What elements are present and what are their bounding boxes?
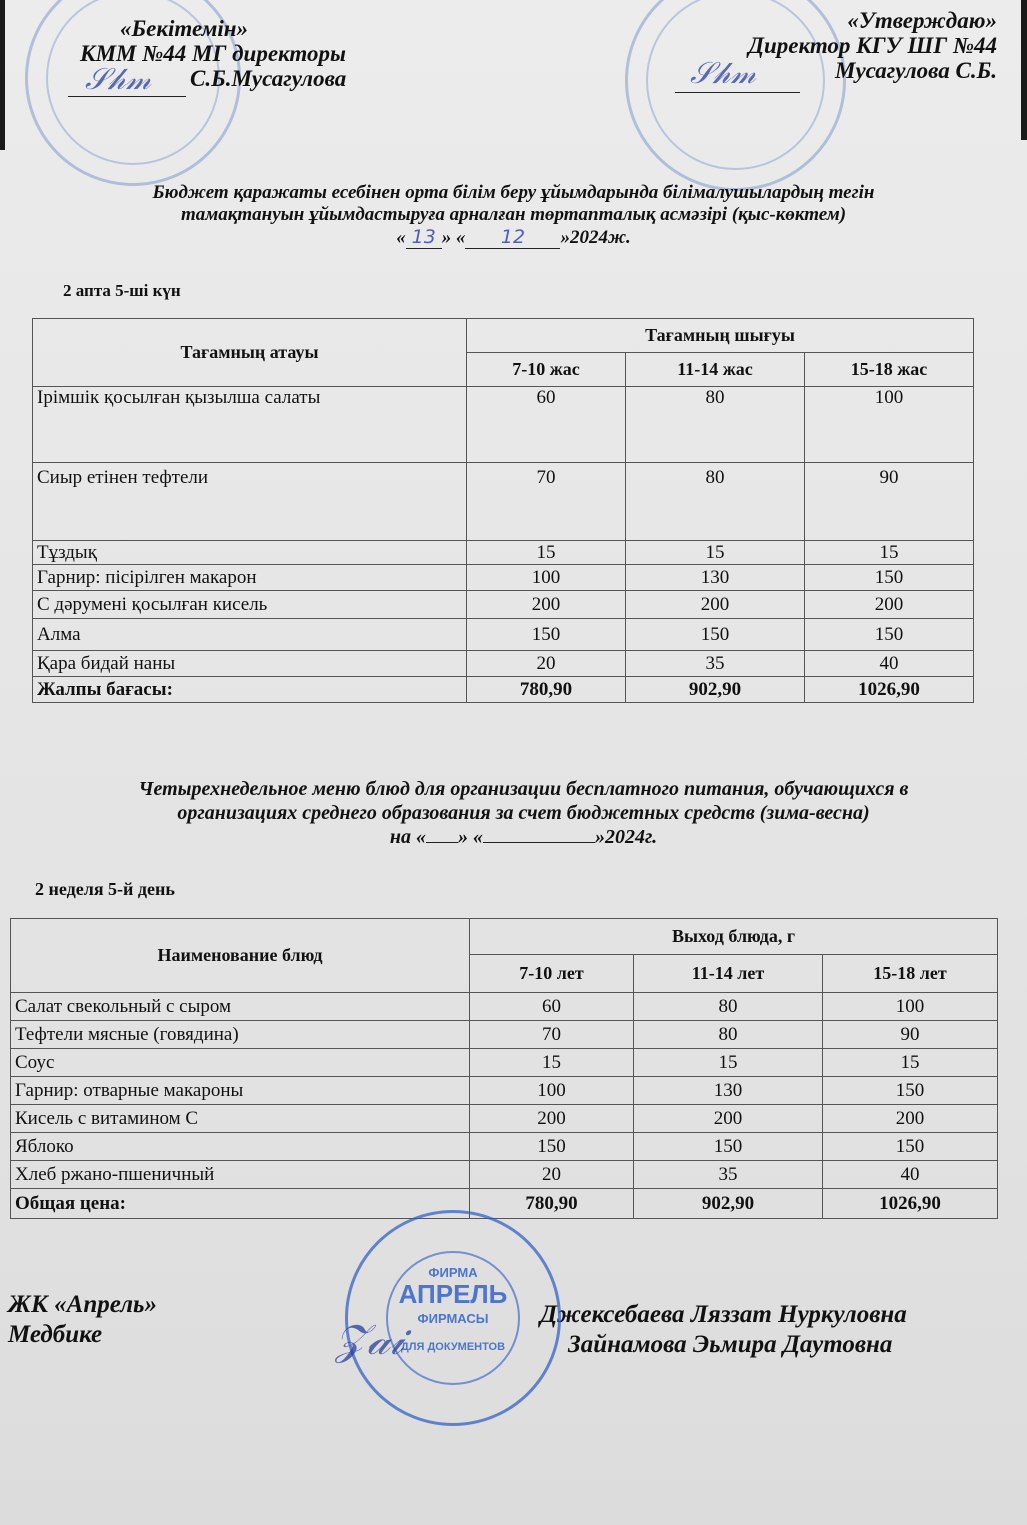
table-row: Соус 15 15 15 bbox=[11, 1049, 998, 1077]
footer-right-block: Джексебаева Ляззат Нуркуловна Зайнамова … bbox=[540, 1300, 907, 1360]
column-header-age: 15-18 жас bbox=[805, 353, 974, 387]
table-row: С дәрумені қосылған кисель 200 200 200 bbox=[33, 591, 974, 619]
yield-value: 80 bbox=[634, 993, 823, 1021]
yield-value: 15 bbox=[467, 541, 626, 565]
table-row: Салат свекольный с сыром 60 80 100 bbox=[11, 993, 998, 1021]
table-row: Қара бидай наны 20 35 40 bbox=[33, 651, 974, 677]
table-row: Гарнир: отварные макароны 100 130 150 bbox=[11, 1077, 998, 1105]
yield-value: 15 bbox=[626, 541, 805, 565]
title-line-2: тамақтануын ұйымдастыруға арналған төрта… bbox=[40, 204, 987, 226]
kazakh-menu-table: Тағамның атауы Тағамның шығуы 7-10 жас 1… bbox=[32, 318, 974, 703]
yield-value: 35 bbox=[626, 651, 805, 677]
kazakh-menu-title: Бюджет қаражаты есебінен орта білім беру… bbox=[40, 182, 987, 249]
yield-value: 150 bbox=[634, 1133, 823, 1161]
photo-edge-left bbox=[0, 0, 5, 150]
total-label: Жалпы бағасы: bbox=[33, 677, 467, 703]
column-header-age: 11-14 жас bbox=[626, 353, 805, 387]
table-row: Яблоко 150 150 150 bbox=[11, 1133, 998, 1161]
table-row: Тефтели мясные (говядина) 70 80 90 bbox=[11, 1021, 998, 1049]
table-row: Гарнир: пісірілген макарон 100 130 150 bbox=[33, 565, 974, 591]
dish-name: Кисель с витамином С bbox=[11, 1105, 470, 1133]
yield-value: 150 bbox=[823, 1133, 998, 1161]
column-header-dish-name: Наименование блюд bbox=[11, 919, 470, 993]
column-header-age: 7-10 жас bbox=[467, 353, 626, 387]
yield-value: 150 bbox=[626, 619, 805, 651]
yield-value: 150 bbox=[470, 1133, 634, 1161]
yield-value: 70 bbox=[467, 463, 626, 541]
total-value: 780,90 bbox=[467, 677, 626, 703]
column-header-dish-name: Тағамның атауы bbox=[33, 319, 467, 387]
yield-value: 100 bbox=[805, 387, 974, 463]
yield-value: 90 bbox=[823, 1021, 998, 1049]
table-row: Алма 150 150 150 bbox=[33, 619, 974, 651]
yield-value: 200 bbox=[805, 591, 974, 619]
yield-value: 100 bbox=[470, 1077, 634, 1105]
russian-day-label: 2 неделя 5-й день bbox=[35, 879, 175, 900]
table-total-row: Общая цена: 780,90 902,90 1026,90 bbox=[11, 1189, 998, 1219]
yield-value: 80 bbox=[626, 463, 805, 541]
column-header-yield: Тағамның шығуы bbox=[467, 319, 974, 353]
yield-value: 100 bbox=[467, 565, 626, 591]
approval-label: «Утверждаю» bbox=[748, 8, 997, 33]
yield-value: 150 bbox=[823, 1077, 998, 1105]
total-value: 902,90 bbox=[634, 1189, 823, 1219]
title-line-2: организациях среднего образования за сче… bbox=[20, 801, 1027, 825]
column-header-age: 11-14 лет bbox=[634, 955, 823, 993]
column-header-age: 7-10 лет bbox=[470, 955, 634, 993]
kazakh-day-label: 2 апта 5-ші күн bbox=[63, 281, 181, 301]
yield-value: 130 bbox=[626, 565, 805, 591]
title-line-1: Четырехнедельное меню блюд для организац… bbox=[20, 777, 1027, 801]
signatory-name-1: Джексебаева Ляззат Нуркуловна bbox=[540, 1300, 907, 1330]
table-row: Кисель с витамином С 200 200 200 bbox=[11, 1105, 998, 1133]
dish-name: Гарнир: отварные макароны bbox=[11, 1077, 470, 1105]
signatory-name-2: Зайнамова Эьмира Даутовна bbox=[540, 1330, 907, 1360]
dish-name: Тефтели мясные (говядина) bbox=[11, 1021, 470, 1049]
yield-value: 15 bbox=[470, 1049, 634, 1077]
yield-value: 15 bbox=[823, 1049, 998, 1077]
dish-name: Хлеб ржано-пшеничный bbox=[11, 1161, 470, 1189]
russian-menu-title: Четырехнедельное меню блюд для организац… bbox=[20, 777, 1027, 849]
total-value: 780,90 bbox=[470, 1189, 634, 1219]
approval-block-russian: «Утверждаю» Директор КГУ ШГ №44 Мусагуло… bbox=[748, 8, 997, 83]
yield-value: 200 bbox=[470, 1105, 634, 1133]
table-row: Тұздық 15 15 15 bbox=[33, 541, 974, 565]
yield-value: 35 bbox=[634, 1161, 823, 1189]
yield-value: 60 bbox=[470, 993, 634, 1021]
title-date: «13» «12»2024ж. bbox=[40, 226, 987, 249]
yield-value: 90 bbox=[805, 463, 974, 541]
dish-name: Яблоко bbox=[11, 1133, 470, 1161]
dish-name: Ірімшік қосылған қызылша салаты bbox=[33, 387, 467, 463]
dish-name: Салат свекольный с сыром bbox=[11, 993, 470, 1021]
yield-value: 20 bbox=[470, 1161, 634, 1189]
yield-value: 200 bbox=[626, 591, 805, 619]
yield-value: 150 bbox=[805, 619, 974, 651]
dish-name: Гарнир: пісірілген макарон bbox=[33, 565, 467, 591]
signature-left-icon: 𝒮𝒽𝓂 bbox=[85, 62, 151, 97]
yield-value: 40 bbox=[823, 1161, 998, 1189]
yield-value: 130 bbox=[634, 1077, 823, 1105]
yield-value: 200 bbox=[467, 591, 626, 619]
date-month: 12 bbox=[465, 226, 560, 249]
footer-left-block: ЖК «Апрель» Медбике bbox=[8, 1290, 157, 1350]
approver-name: Мусагулова С.Б. bbox=[748, 58, 997, 83]
title-date: на «» «»2024г. bbox=[20, 825, 1027, 849]
total-label: Общая цена: bbox=[11, 1189, 470, 1219]
yield-value: 150 bbox=[467, 619, 626, 651]
role-label: Медбике bbox=[8, 1320, 157, 1350]
yield-value: 40 bbox=[805, 651, 974, 677]
approver-position: Директор КГУ ШГ №44 bbox=[748, 33, 997, 58]
approval-label: «Бекітемін» bbox=[80, 16, 346, 41]
dish-name: Тұздық bbox=[33, 541, 467, 565]
date-day-blank bbox=[426, 842, 458, 843]
photo-edge-right bbox=[1021, 0, 1027, 140]
yield-value: 200 bbox=[634, 1105, 823, 1133]
total-value: 1026,90 bbox=[805, 677, 974, 703]
dish-name: С дәрумені қосылған кисель bbox=[33, 591, 467, 619]
yield-value: 80 bbox=[626, 387, 805, 463]
column-header-yield: Выход блюда, г bbox=[470, 919, 998, 955]
table-row: Ірімшік қосылған қызылша салаты 60 80 10… bbox=[33, 387, 974, 463]
column-header-age: 15-18 лет bbox=[823, 955, 998, 993]
total-value: 902,90 bbox=[626, 677, 805, 703]
yield-value: 60 bbox=[467, 387, 626, 463]
table-total-row: Жалпы бағасы: 780,90 902,90 1026,90 bbox=[33, 677, 974, 703]
date-day: 13 bbox=[406, 226, 442, 249]
dish-name: Соус bbox=[11, 1049, 470, 1077]
yield-value: 100 bbox=[823, 993, 998, 1021]
yield-value: 20 bbox=[467, 651, 626, 677]
yield-value: 15 bbox=[805, 541, 974, 565]
russian-menu-table: Наименование блюд Выход блюда, г 7-10 ле… bbox=[10, 918, 998, 1219]
table-row: Сиыр етінен тефтели 70 80 90 bbox=[33, 463, 974, 541]
yield-value: 80 bbox=[634, 1021, 823, 1049]
signature-footer-icon: 𝒵𝒶𝒾 bbox=[335, 1315, 404, 1365]
table-row: Хлеб ржано-пшеничный 20 35 40 bbox=[11, 1161, 998, 1189]
signature-right-icon: 𝒮𝒽𝓂 bbox=[690, 56, 756, 91]
company-name: ЖК «Апрель» bbox=[8, 1290, 157, 1320]
yield-value: 200 bbox=[823, 1105, 998, 1133]
yield-value: 150 bbox=[805, 565, 974, 591]
yield-value: 70 bbox=[470, 1021, 634, 1049]
yield-value: 15 bbox=[634, 1049, 823, 1077]
dish-name: Алма bbox=[33, 619, 467, 651]
signature-line-right bbox=[675, 92, 800, 93]
total-value: 1026,90 bbox=[823, 1189, 998, 1219]
dish-name: Сиыр етінен тефтели bbox=[33, 463, 467, 541]
date-month-blank bbox=[483, 842, 595, 843]
title-line-1: Бюджет қаражаты есебінен орта білім беру… bbox=[40, 182, 987, 204]
dish-name: Қара бидай наны bbox=[33, 651, 467, 677]
